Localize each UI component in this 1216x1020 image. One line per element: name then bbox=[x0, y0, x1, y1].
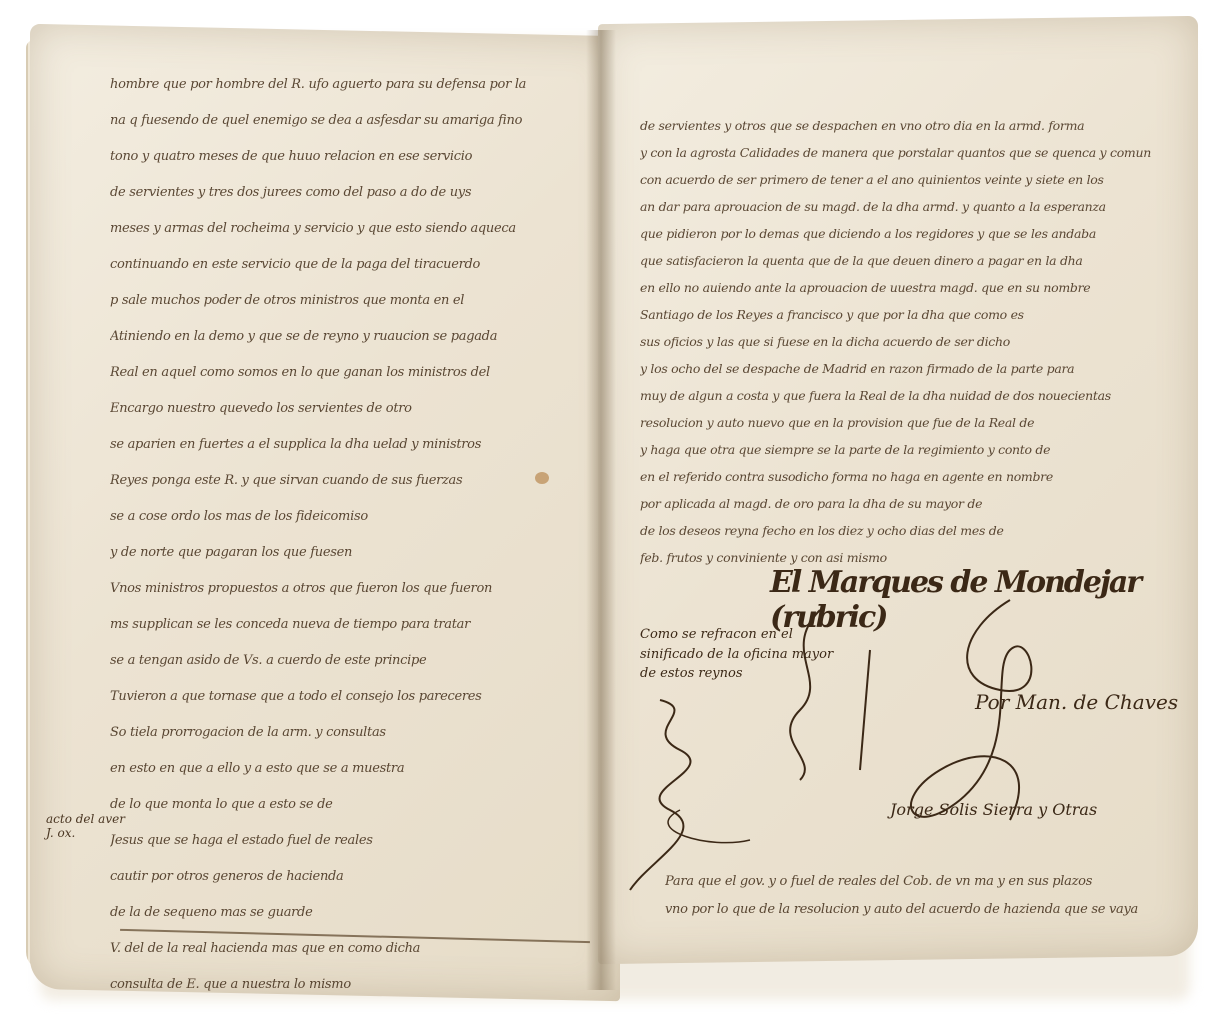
bottom-text: Para que el gov. y o fuel de reales del … bbox=[665, 875, 1185, 931]
manuscript-photo: hombre que por hombre del R. ufo aguerto… bbox=[0, 0, 1216, 1020]
handwritten-line: de lo que monta lo que a esto se de bbox=[110, 798, 590, 834]
ink-stain bbox=[535, 472, 549, 484]
handwritten-line: y con la agrosta Calidades de manera que… bbox=[640, 147, 1180, 174]
handwritten-line: Vnos ministros propuestos a otros que fu… bbox=[110, 582, 590, 618]
handwritten-line: y los ocho del se despache de Madrid en … bbox=[640, 363, 1180, 390]
handwritten-line: de servientes y tres dos jurees como del… bbox=[110, 186, 590, 222]
left-margin-note: acto del aver J. ox. bbox=[46, 812, 125, 840]
handwritten-line: Jesus que se haga el estado fuel de real… bbox=[110, 834, 590, 870]
handwritten-line: se aparien en fuertes a el supplica la d… bbox=[110, 438, 590, 474]
handwritten-line: por aplicada al magd. de oro para la dha… bbox=[640, 498, 1180, 525]
handwritten-line: p sale muchos poder de otros ministros q… bbox=[110, 294, 590, 330]
handwritten-line: se a tengan asido de Vs. a cuerdo de est… bbox=[110, 654, 590, 690]
handwritten-line: en ello no auiendo ante la aprouacion de… bbox=[640, 282, 1180, 309]
handwritten-line: se a cose ordo los mas de los fideicomis… bbox=[110, 510, 590, 546]
handwritten-line: que satisfacieron la quenta que de la qu… bbox=[640, 255, 1180, 282]
handwritten-line: Real en aquel como somos en lo que ganan… bbox=[110, 366, 590, 402]
handwritten-line: sus oficios y las que si fuese en la dic… bbox=[640, 336, 1180, 363]
handwritten-line: Encargo nuestro quevedo los servientes d… bbox=[110, 402, 590, 438]
right-page-text: de servientes y otros que se despachen e… bbox=[640, 120, 1180, 579]
handwritten-line: na q fuesendo de quel enemigo se dea a a… bbox=[110, 114, 590, 150]
handwritten-line: cautir por otros generos de hacienda bbox=[110, 870, 590, 906]
handwritten-line: y haga que otra que siempre se la parte … bbox=[640, 444, 1180, 471]
handwritten-line: Santiago de los Reyes a francisco y que … bbox=[640, 309, 1180, 336]
margin-note-line: acto del aver bbox=[46, 812, 125, 826]
handwritten-line: Para que el gov. y o fuel de reales del … bbox=[665, 875, 1185, 903]
handwritten-line: Reyes ponga este R. y que sirvan cuando … bbox=[110, 474, 590, 510]
handwritten-line: hombre que por hombre del R. ufo aguerto… bbox=[110, 78, 590, 114]
handwritten-line: y de norte que pagaran los que fuesen bbox=[110, 546, 590, 582]
handwritten-line: V. del de la real hacienda mas que en co… bbox=[110, 942, 590, 978]
handwritten-line: en esto en que a ello y a esto que se a … bbox=[110, 762, 590, 798]
book-gutter bbox=[586, 30, 616, 990]
handwritten-line: So tiela prorrogacion de la arm. y consu… bbox=[110, 726, 590, 762]
handwritten-line: de los deseos reyna fecho en los diez y … bbox=[640, 525, 1180, 552]
handwritten-line: que pidieron por lo demas que diciendo a… bbox=[640, 228, 1180, 255]
handwritten-line: Tuvieron a que tornase que a todo el con… bbox=[110, 690, 590, 726]
handwritten-line: meses y armas del rocheima y servicio y … bbox=[110, 222, 590, 258]
handwritten-line: muy de algun a costa y que fuera la Real… bbox=[640, 390, 1180, 417]
handwritten-line: tono y quatro meses de que huuo relacion… bbox=[110, 150, 590, 186]
signature-flourish bbox=[760, 590, 1090, 890]
handwritten-line: continuando en este servicio que de la p… bbox=[110, 258, 590, 294]
handwritten-line: de servientes y otros que se despachen e… bbox=[640, 120, 1180, 147]
left-page-text: hombre que por hombre del R. ufo aguerto… bbox=[110, 78, 590, 1014]
handwritten-line: ms supplican se les conceda nueva de tie… bbox=[110, 618, 590, 654]
handwritten-line: Atiniendo en la demo y que se de reyno y… bbox=[110, 330, 590, 366]
handwritten-line: resolucion y auto nuevo que en la provis… bbox=[640, 417, 1180, 444]
margin-note-line: J. ox. bbox=[46, 826, 125, 840]
handwritten-line: an dar para aprouacion de su magd. de la… bbox=[640, 201, 1180, 228]
handwritten-line: consulta de E. que a nuestra lo mismo bbox=[110, 978, 590, 1014]
handwritten-line: vno por lo que de la resolucion y auto d… bbox=[665, 903, 1185, 931]
handwritten-line: con acuerdo de ser primero de tener a el… bbox=[640, 174, 1180, 201]
handwritten-line: en el referido contra susodicho forma no… bbox=[640, 471, 1180, 498]
